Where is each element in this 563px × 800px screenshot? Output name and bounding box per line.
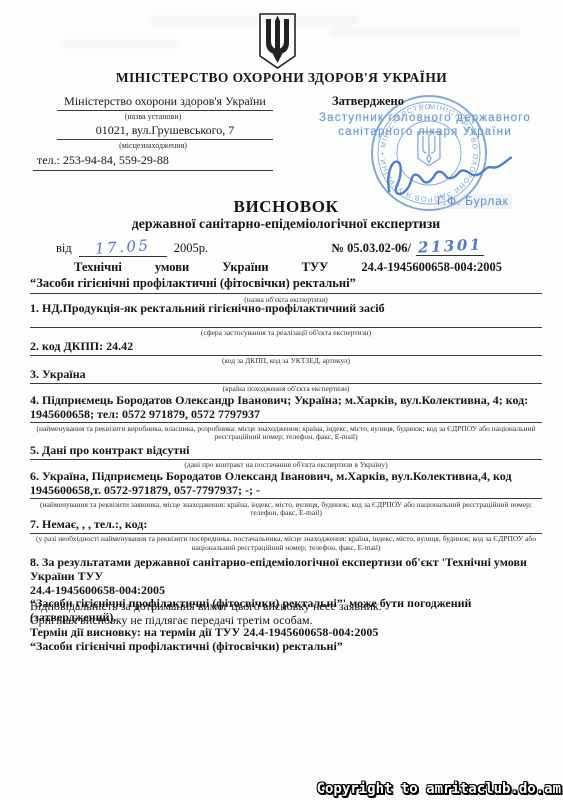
object-line2: “Засоби гігієнічні профілактичні (фітосв… [30,276,542,294]
number-prefix: № 05.03.02-06/ [331,241,411,256]
ukraine-trident-emblem [257,11,298,71]
expertise-object-block: Технічні умови України ТУУ 24.4-19456006… [30,260,542,304]
section-text: 1. НД.Продукція-як ректальний гігієнічно… [30,302,542,328]
term-line2: “Засоби гігієнічні профілактичні (фітосв… [30,640,542,654]
term-line1: Термін дії висновку: на термін дії ТУУ 2… [30,626,542,640]
section-text: 3. Україна [30,368,542,384]
field-caption: (дані про контракт на постачання об'єкта… [30,460,542,470]
section-6: 6. Україна, Підприємець Бородатов Олекса… [30,470,542,518]
conclusion-line1: 8. За результатами державної санітарно-е… [30,556,542,584]
handwritten-date-field: 17.05 [79,240,167,257]
watermark-copyright: Copyright to amritaclub.do.am [317,781,561,797]
field-caption: (місцезнаходження) [33,140,273,152]
ministry-heading: МІНІСТЕРСТВО ОХОРОНИ ЗДОРОВ'Я УКРАЇНИ [0,70,563,86]
conclusion-line2: 24.4-1945600658-004:2005 [30,584,542,598]
field-caption: (найменування та реквізити заявника, міс… [30,499,542,518]
section-text: 7. Немає, , , тел.:, код: [30,518,542,534]
institution-phone: тел.: 253-94-84, 559-29-88 [33,152,273,171]
issue-row: від 17.05 2005р. № 05.03.02-06/ 21301 [30,239,542,256]
object-line1: Технічні умови України ТУУ 24.4-19456006… [30,260,542,275]
section-text: 4. Підприємець Бородатов Олександр Івано… [30,394,542,423]
date-prefix: від [56,241,72,256]
field-caption: (назва установи) [33,111,273,123]
responsibility-notes: Відповідальність за дотримання вимог цьо… [30,600,542,627]
scan-bleed-artifact [150,16,360,26]
field-caption: (сфера застосування та реалізації об'єкт… [30,328,542,338]
section-text: 6. Україна, Підприємець Бородатов Олекса… [30,470,542,499]
field-caption: (країна походження об'єкта експертизи) [30,384,542,394]
approval-block: Затверджено Заступник головного державно… [300,94,550,139]
signer-name: Г.Ф. Бурлак [434,194,512,209]
institution-name: Міністерство охорони здоров'я України [57,94,273,111]
field-caption: (найменування та реквізити виробника, вл… [30,423,542,442]
approver-position-line2: санітарного лікаря України [300,126,550,140]
scanned-document-page: МІНІСТЕРСТВО ОХОРОНИ ЗДОРОВ'Я УКРАЇНИ Мі… [0,0,563,800]
section-text: 5. Дані про контракт відсутні [30,444,542,460]
handwritten-number-field: 21301 [416,239,484,256]
approved-label: Затверджено [332,94,550,109]
date-year: 2005р. [174,241,208,256]
document-subtitle: державної санітарно-епідеміологічної екс… [30,216,542,232]
section-7: 7. Немає, , , тел.:, код: (у разі необхі… [30,518,542,552]
section-text: 2. код ДКПП: 24.42 [30,340,542,356]
institution-address: 01021, вул.Грушевського, 7 [57,123,273,140]
handwritten-date: 17.05 [95,238,151,256]
scan-bleed-artifact [60,40,180,48]
section-2: 2. код ДКПП: 24.42 (код за ДКПП, код за … [30,340,542,366]
scan-bleed-artifact [330,28,520,37]
section-3: 3. Україна (країна походження об'єкта ек… [30,368,542,394]
section-1: 1. НД.Продукція-як ректальний гігієнічно… [30,302,542,338]
section-5: 5. Дані про контракт відсутні (дані про … [30,444,542,470]
field-caption: (у разі необхідності найменування та рек… [30,534,542,553]
approver-position-line1: Заступник головного державного [300,112,550,126]
field-caption: (код за ДКПП, код за УКТЗЕД, артикул) [30,356,542,366]
validity-term-block: Термін дії висновку: на термін дії ТУУ 2… [30,626,542,653]
institution-block: Міністерство охорони здоров'я України (н… [33,94,273,171]
handwritten-number: 21301 [417,237,482,254]
note-line: Відповідальність за дотримання вимог цьо… [30,600,542,614]
section-4: 4. Підприємець Бородатов Олександр Івано… [30,394,542,442]
